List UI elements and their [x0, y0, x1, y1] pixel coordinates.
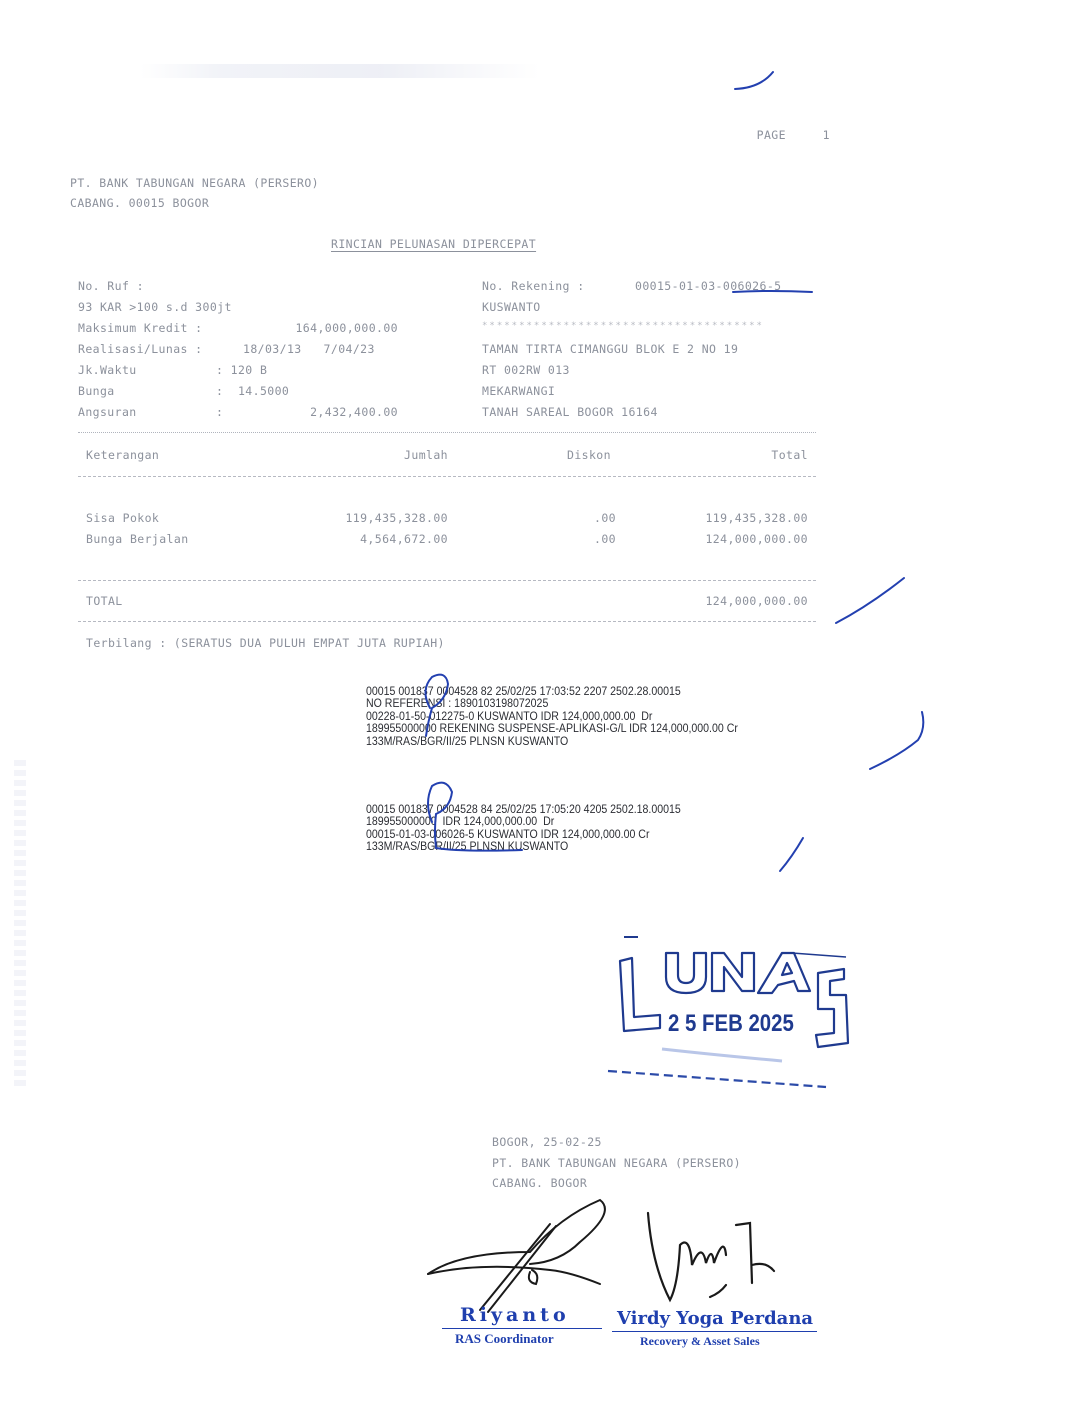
no-ref-label: No. Ruf :	[78, 279, 144, 293]
account-number-value: 00015-01-03-006026-5	[635, 279, 781, 293]
signature-riyanto	[420, 1192, 620, 1322]
page-number: 1	[823, 128, 830, 142]
total-top-rule	[78, 580, 816, 581]
page-label: PAGE 1	[742, 114, 830, 142]
footer-bank-name: PT. BANK TABUNGAN NEGARA (PERSERO)	[492, 1156, 741, 1170]
installment-label: Angsuran	[78, 405, 137, 419]
journal-line: 00015-01-03-006026-5 KUSWANTO IDR 124,00…	[366, 829, 681, 841]
amount-in-words: Terbilang : (SERATUS DUA PULUH EMPAT JUT…	[86, 636, 445, 650]
total-label: TOTAL	[86, 594, 123, 608]
col-header-total: Total	[690, 448, 808, 462]
journal-line: 00015 001837 0004528 82 25/02/25 17:03:5…	[366, 686, 738, 698]
table-top-rule	[78, 432, 816, 433]
bank-name: PT. BANK TABUNGAN NEGARA (PERSERO)	[70, 176, 319, 190]
journal-line: NO REFERENSI : 1890103198072025	[366, 698, 738, 710]
row-jumlah: 4,564,672.00	[300, 532, 448, 546]
footer-place-date: BOGOR, 25-02-25	[492, 1135, 602, 1149]
bleed-through-mark	[14, 760, 26, 1090]
row-diskon: .00	[540, 511, 616, 525]
row-total: 119,435,328.00	[660, 511, 808, 525]
journal-line: 133M/RAS/BGR/II/25 PLNSN KUSWANTO	[366, 841, 681, 853]
interest-value: : 14.5000	[216, 384, 289, 398]
footer-branch: CABANG. BOGOR	[492, 1176, 587, 1190]
max-credit-label: Maksimum Kredit :	[78, 321, 203, 335]
journal-line: 189955000000 IDR 124,000,000.00 Dr	[366, 816, 681, 828]
installment-value: 2,432,400.00	[248, 405, 398, 419]
address-line-4: TANAH SAREAL BOGOR 16164	[482, 405, 658, 419]
interest-label: Bunga	[78, 384, 115, 398]
term-value: : 120 B	[216, 363, 267, 377]
address-line-2: RT 002RW 013	[482, 363, 570, 377]
header-bottom-rule	[78, 476, 816, 477]
product-name: 93 KAR >100 s.d 300jt	[78, 300, 232, 314]
col-header-keterangan: Keterangan	[86, 448, 159, 462]
signatory-1-underline	[442, 1328, 602, 1329]
document-title: RINCIAN PELUNASAN DIPERCEPAT	[331, 237, 536, 251]
paid-stamp: 2 5 FEB 2025	[596, 925, 861, 1100]
max-credit-value: 164,000,000.00	[248, 321, 398, 335]
realisasi-value: 18/03/13 7/04/23	[243, 342, 375, 356]
total-value: 124,000,000.00	[660, 594, 808, 608]
row-total: 124,000,000.00	[660, 532, 808, 546]
journal-line: 189955000000 REKENING SUSPENSE-APLIKASI-…	[366, 723, 738, 735]
journal-entry-2: 00015 001837 0004528 84 25/02/25 17:05:2…	[366, 804, 681, 854]
stamp-date: 2 5 FEB 2025	[668, 1009, 794, 1036]
col-header-jumlah: Jumlah	[330, 448, 448, 462]
signatory-2-underline	[612, 1331, 817, 1332]
branch-name: CABANG. 00015 BOGOR	[70, 196, 209, 210]
signatory-1-title: RAS Coordinator	[455, 1331, 554, 1347]
paid-stamp-graphic: 2 5 FEB 2025	[596, 925, 861, 1100]
journal-line: 00015 001837 0004528 84 25/02/25 17:05:2…	[366, 804, 681, 816]
installment-sep: :	[216, 405, 223, 419]
signatory-1-name: Riyanto	[460, 1304, 570, 1326]
journal-line: 00228-01-50-012275-0 KUSWANTO IDR 124,00…	[366, 711, 738, 723]
realisasi-label: Realisasi/Lunas :	[78, 342, 203, 356]
journal-line: 133M/RAS/BGR/II/25 PLNSN KUSWANTO	[366, 736, 738, 748]
journal-entry-1: 00015 001837 0004528 82 25/02/25 17:03:5…	[366, 686, 738, 748]
row-keterangan: Sisa Pokok	[86, 511, 159, 525]
term-label: Jk.Waktu	[78, 363, 137, 377]
address-line-3: MEKARWANGI	[482, 384, 555, 398]
total-bottom-rule	[78, 621, 816, 622]
row-keterangan: Bunga Berjalan	[86, 532, 189, 546]
signatory-2-title: Recovery & Asset Sales	[640, 1334, 760, 1349]
row-jumlah: 119,435,328.00	[300, 511, 448, 525]
faded-header-residue	[140, 64, 540, 78]
col-header-diskon: Diskon	[567, 448, 611, 462]
page-label-text: PAGE	[757, 128, 786, 142]
address-line-1: TAMAN TIRTA CIMANGGU BLOK E 2 NO 19	[482, 342, 738, 356]
address-separator: **************************************	[482, 321, 764, 331]
signature-virdy	[640, 1205, 810, 1325]
signatory-2-name: Virdy Yoga Perdana	[617, 1308, 813, 1329]
row-diskon: .00	[540, 532, 616, 546]
account-number-label: No. Rekening :	[482, 279, 585, 293]
account-holder-name: KUSWANTO	[482, 300, 541, 314]
